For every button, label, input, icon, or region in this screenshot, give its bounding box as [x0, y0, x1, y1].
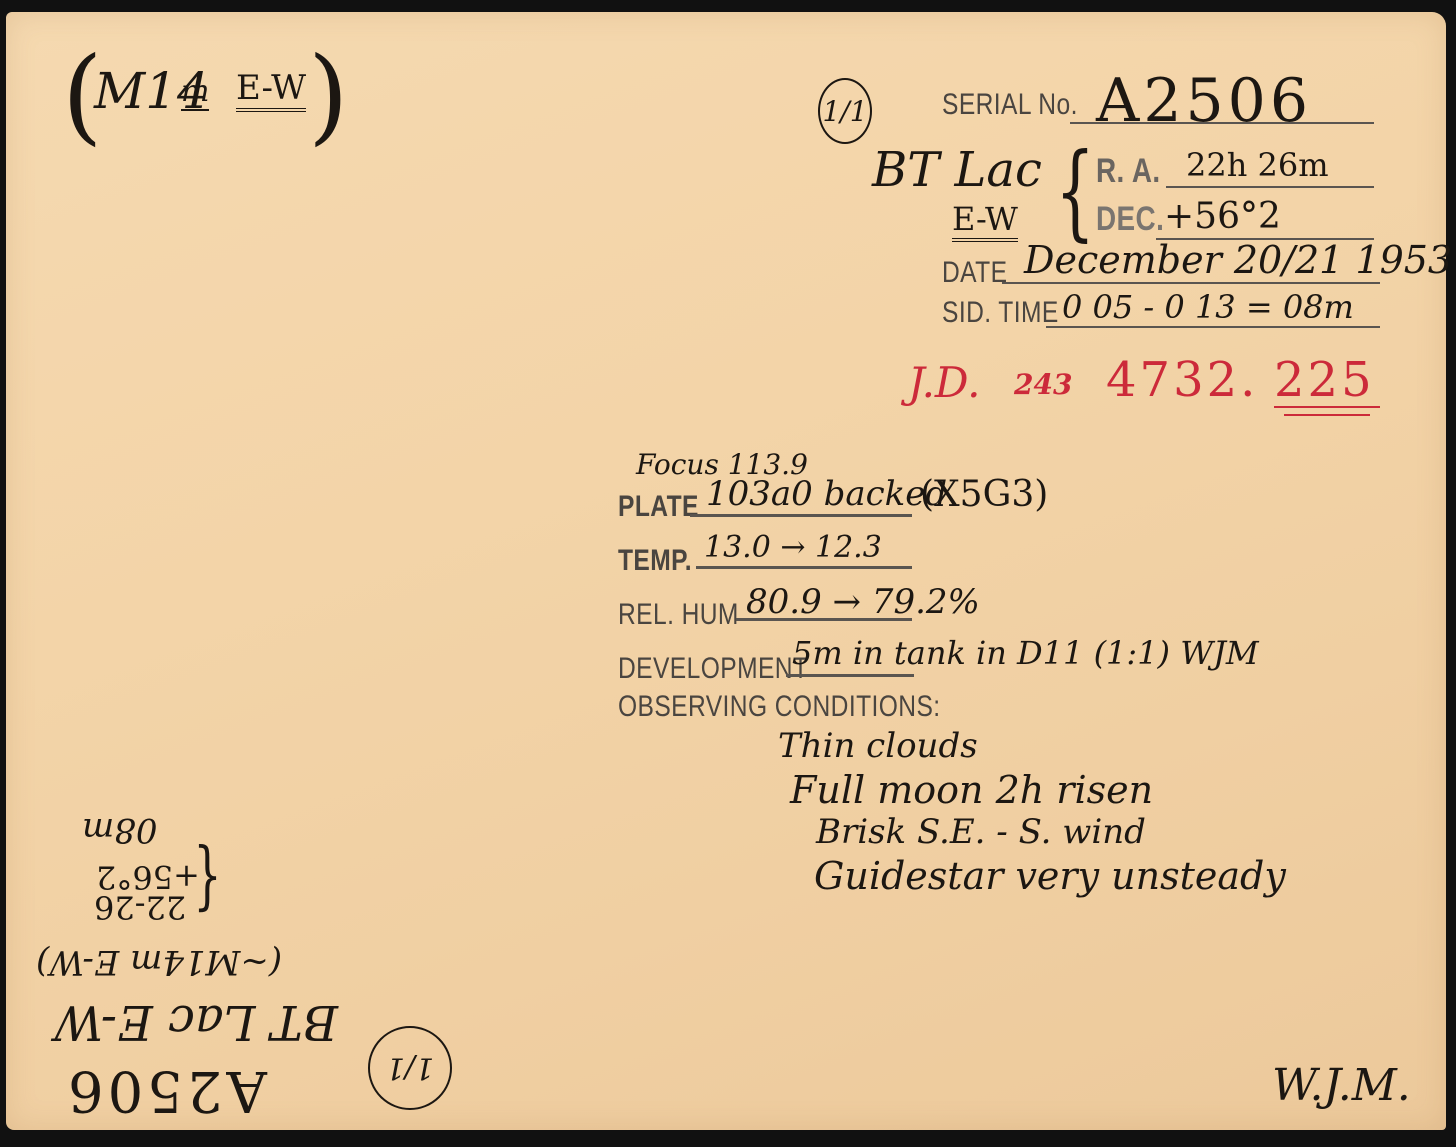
inv-sid: 08m [82, 810, 158, 850]
condition-line: Guidestar very unsteady [814, 854, 1286, 898]
temp-label: TEMP. [618, 544, 692, 578]
plate-count-mark: 1/1 [818, 78, 872, 144]
dec-value: +56°2 [1164, 196, 1281, 237]
plate-value: 103a0 backed [706, 474, 947, 514]
dec-label: DEC. [1096, 200, 1164, 239]
note-ew: E-W [236, 68, 306, 112]
signature: W.J.M. [1272, 1060, 1411, 1111]
inv-paren-note: (~M14m E-W) [36, 942, 282, 982]
rel-hum-value: 80.9 → 79.2% [746, 582, 980, 622]
close-paren: ) [308, 34, 349, 156]
observing-conditions-label: OBSERVING CONDITIONS: [618, 690, 941, 724]
note-m-sub: m [181, 74, 209, 111]
jd-underline-1 [1274, 406, 1380, 408]
inv-serial: A2506 [64, 1058, 267, 1123]
rel-hum-label: REL. HUM [618, 598, 739, 632]
date-label: DATE [942, 256, 1007, 290]
ra-value: 22h 26m [1186, 146, 1329, 184]
jd-prefix: J.D. [908, 358, 980, 407]
sid-time-rule [1046, 326, 1380, 328]
jd-value: 4732. [1106, 352, 1258, 408]
date-rule [1002, 282, 1380, 284]
jd-decimal: 225 [1274, 352, 1375, 408]
inv-ra: 22-26 [94, 888, 186, 926]
ra-rule [1166, 186, 1374, 188]
inv-object: BT Lac E-W [54, 994, 338, 1050]
plate-rule [690, 514, 912, 517]
serial-label: SERIAL No. [942, 88, 1078, 122]
condition-line: Thin clouds [778, 726, 978, 766]
sid-time-value: 0 05 - 0 13 = 08m [1062, 288, 1354, 326]
ra-label: R. A. [1096, 152, 1161, 191]
inv-count-mark: 1/1 [368, 1026, 452, 1110]
development-rule [786, 674, 914, 677]
jd-small: 243 [1014, 368, 1072, 401]
ra-dec-brace: { [1055, 130, 1095, 252]
development-label: DEVELOPMENT [618, 652, 808, 686]
inv-count-text: 1/1 [386, 1051, 434, 1086]
sid-time-label: SID. TIME [942, 296, 1059, 330]
object-orientation: E-W [952, 200, 1018, 242]
temp-value: 13.0 → 12.3 [704, 530, 882, 565]
plate-extra: (X5G3) [920, 474, 1048, 515]
object-name: BT Lac [872, 142, 1042, 198]
jd-underline-2 [1284, 414, 1370, 416]
date-value: December 20/21 1953 [1024, 238, 1452, 282]
temp-rule [696, 566, 912, 569]
development-value: 5m in tank in D11 (1:1) WJM [792, 634, 1259, 672]
condition-line: Full moon 2h risen [790, 768, 1153, 812]
plate-count-text: 1/1 [822, 95, 867, 128]
serial-value: A2506 [1096, 66, 1312, 136]
condition-line: Brisk S.E. - S. wind [816, 812, 1146, 852]
plate-label: PLATE [618, 490, 699, 524]
plate-envelope: ( M14 m E-W ) 1/1 SERIAL No. A2506 BT La… [6, 12, 1446, 1130]
